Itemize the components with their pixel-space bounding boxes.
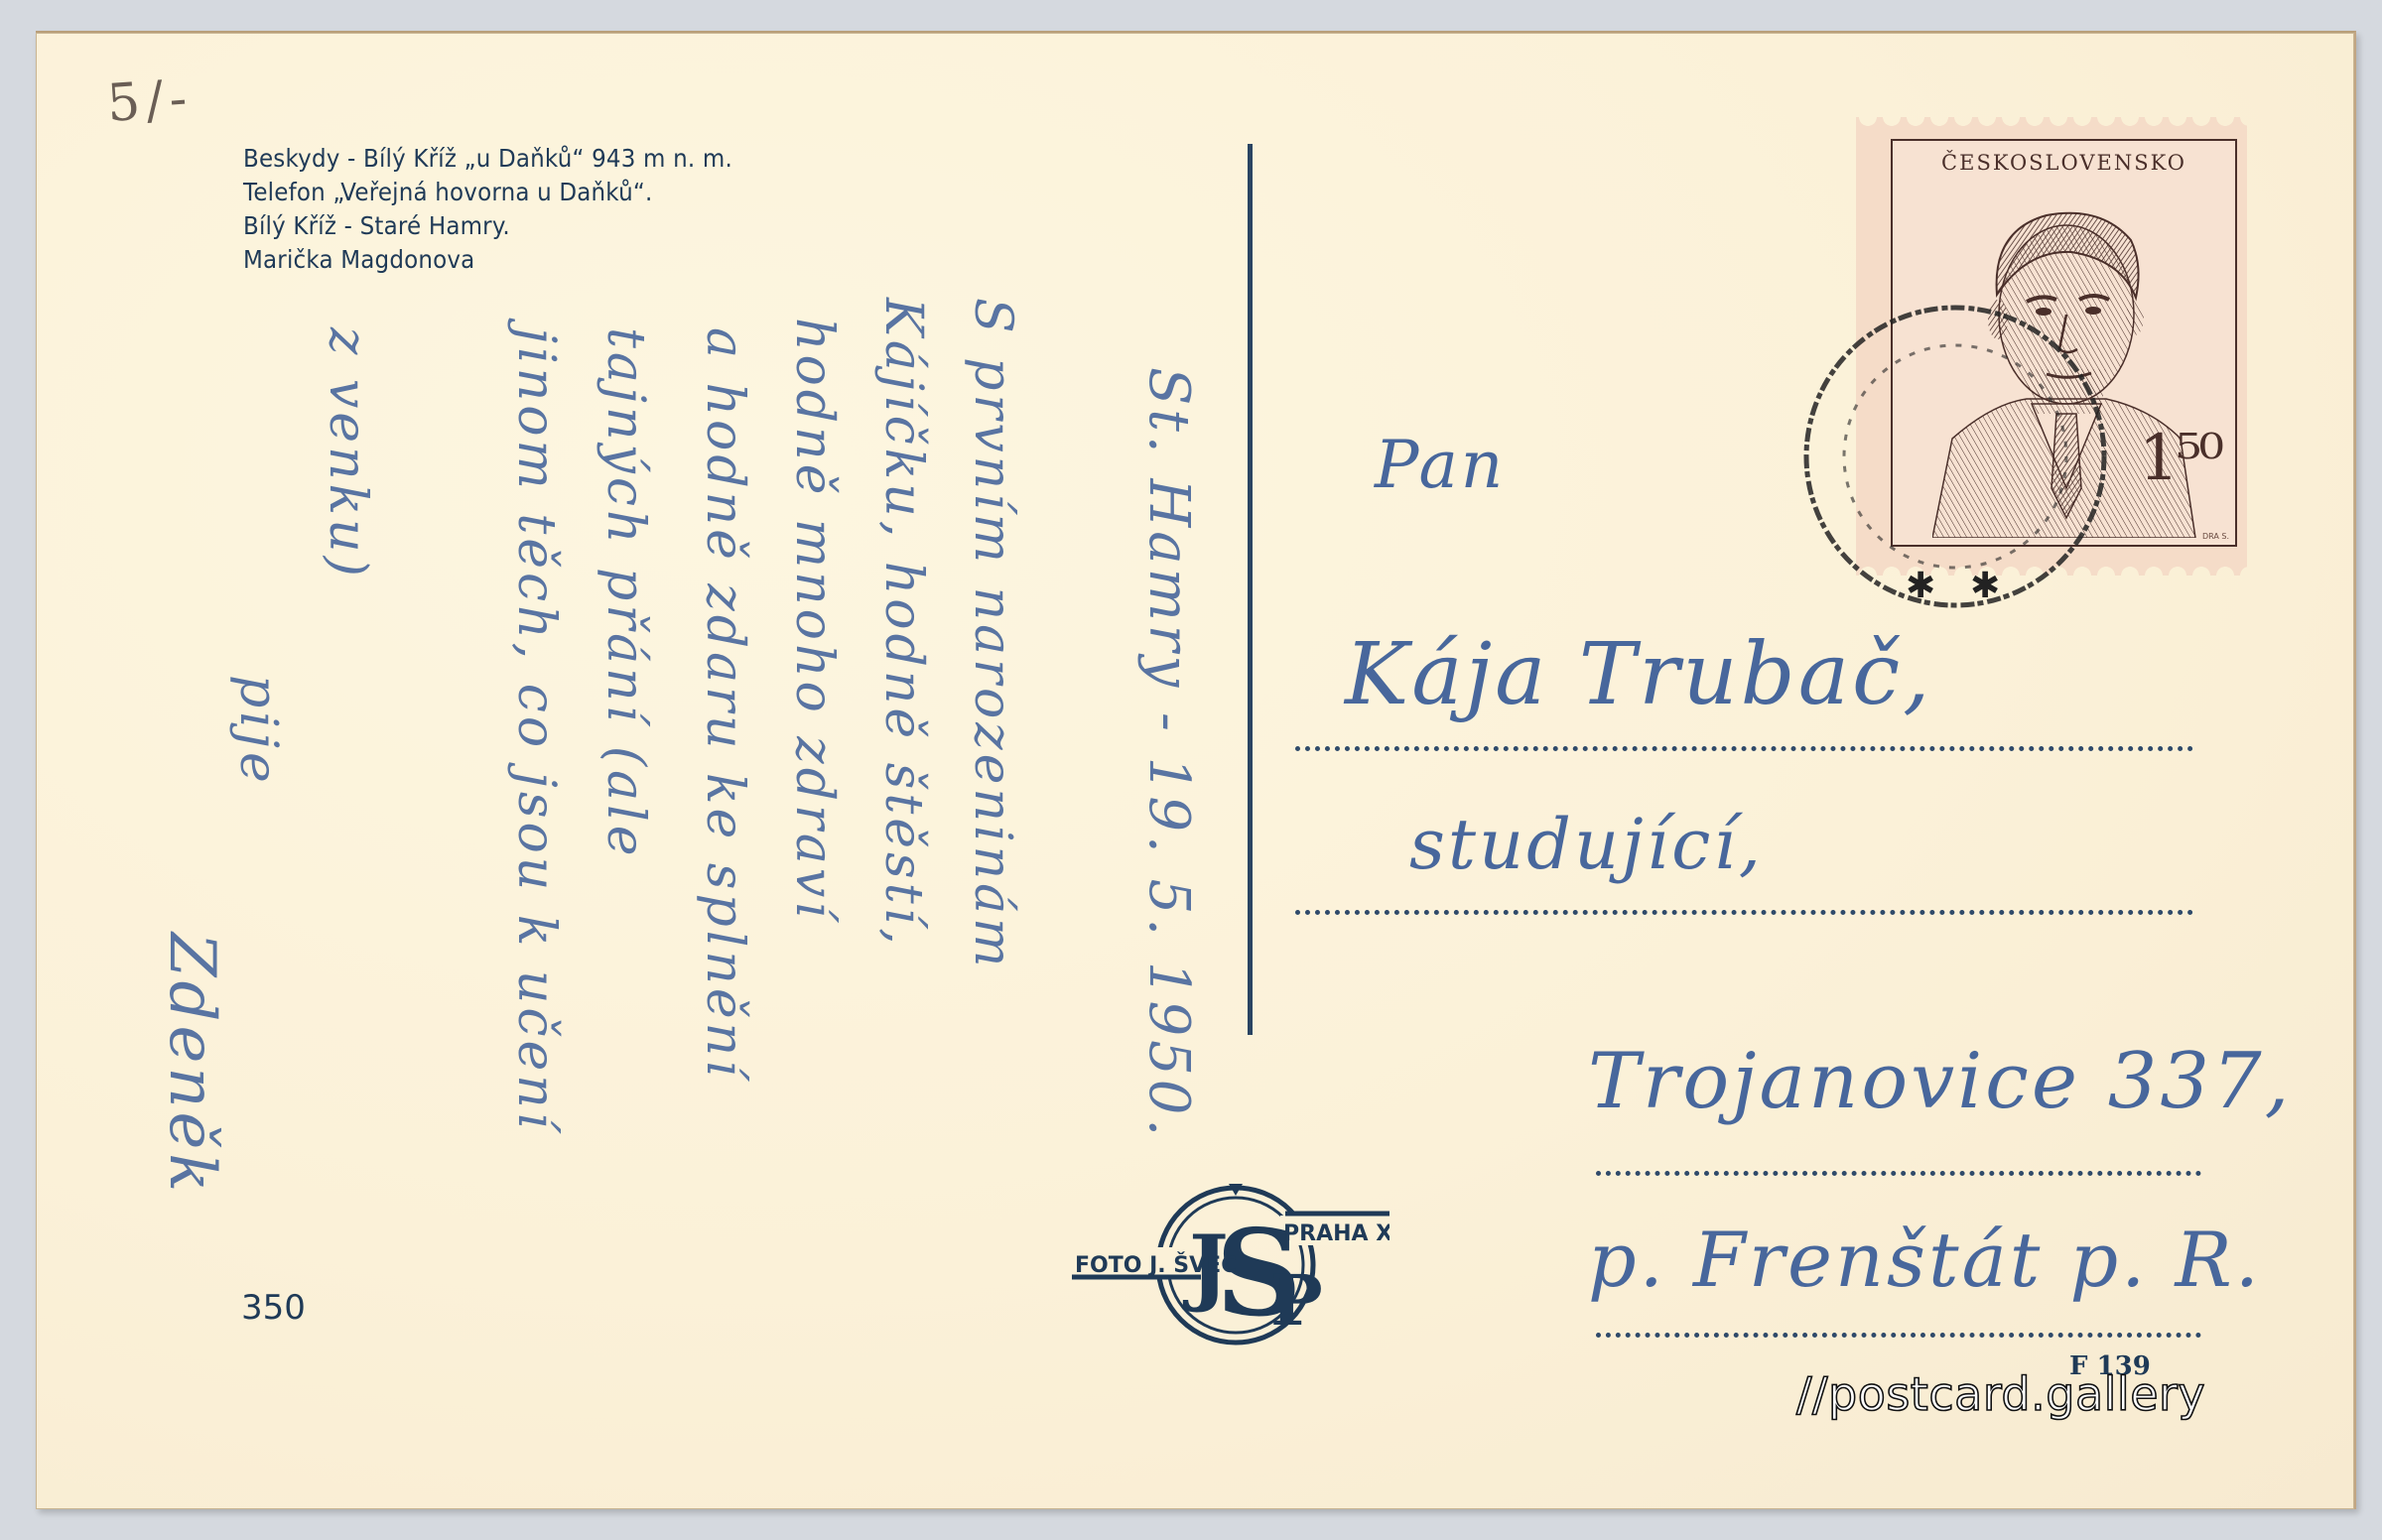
watermark-text: //postcard.gallery <box>1796 1367 2205 1421</box>
message-line: S prvním narozeninám <box>963 298 1022 970</box>
address-dotted-line <box>1596 1171 2201 1176</box>
message-line: a hodně zdaru ke splnění <box>695 327 754 1081</box>
message-line: hodně mnoho zdraví <box>784 318 844 922</box>
stamp-country: ČESKOSLOVENSKO <box>1893 151 2235 175</box>
center-divider-line <box>1248 144 1253 1035</box>
printed-caption: Beskydy - Bílý Kříž „u Daňků“ 943 m n. m… <box>243 142 732 277</box>
message-line: z venku) <box>318 327 377 580</box>
postage-stamp: ČESKOSLOVENSKO 1⁵⁰ DRA S. <box>1891 139 2237 547</box>
message-line: Kájíčku, hodně štěstí, <box>873 298 933 949</box>
message-line: jinom těch, co jsou k učení <box>506 327 566 1132</box>
message-line: pije <box>228 675 288 787</box>
caption-line: Bílý Kříž - Staré Hamry. <box>243 209 732 243</box>
message-line: tajných přání (ale <box>595 327 655 860</box>
publisher-left-text: FOTO J. ŠVEC <box>1075 1252 1237 1278</box>
stamp-engraver-mark: DRA S. <box>2202 532 2229 541</box>
address-dotted-line <box>1596 1333 2201 1338</box>
address-line: p. Frenštát p. R. <box>1588 1216 2262 1304</box>
publisher-right-text: PRAHA XI <box>1283 1221 1389 1246</box>
address-dotted-line <box>1295 746 2193 751</box>
message-signature: Zdeněk <box>155 933 228 1196</box>
caption-line: Telefon „Veřejná hovorna u Daňků“. <box>243 176 732 209</box>
publisher-logo-icon: J S P FOTO J. ŠVEC PRAHA XI <box>1072 1166 1389 1364</box>
address-line: studující, <box>1409 804 1764 885</box>
card-number: 350 <box>241 1288 306 1328</box>
address-line: Kája Trubač, <box>1345 625 1932 724</box>
caption-line: Beskydy - Bílý Kříž „u Daňků“ 943 m n. m… <box>243 142 732 176</box>
address-line: Trojanovice 337, <box>1588 1037 2292 1126</box>
address-dotted-line <box>1295 910 2193 915</box>
message-dateline: St. Hamry - 19. 5. 1950. <box>1136 367 1201 1140</box>
pencil-price-note: 5/- <box>105 68 195 134</box>
caption-line: Marička Magdonova <box>243 243 732 277</box>
svg-text:P: P <box>1270 1259 1323 1342</box>
stamp-value: 1⁵⁰ <box>2139 422 2221 495</box>
address-salutation: Pan <box>1375 427 1506 503</box>
